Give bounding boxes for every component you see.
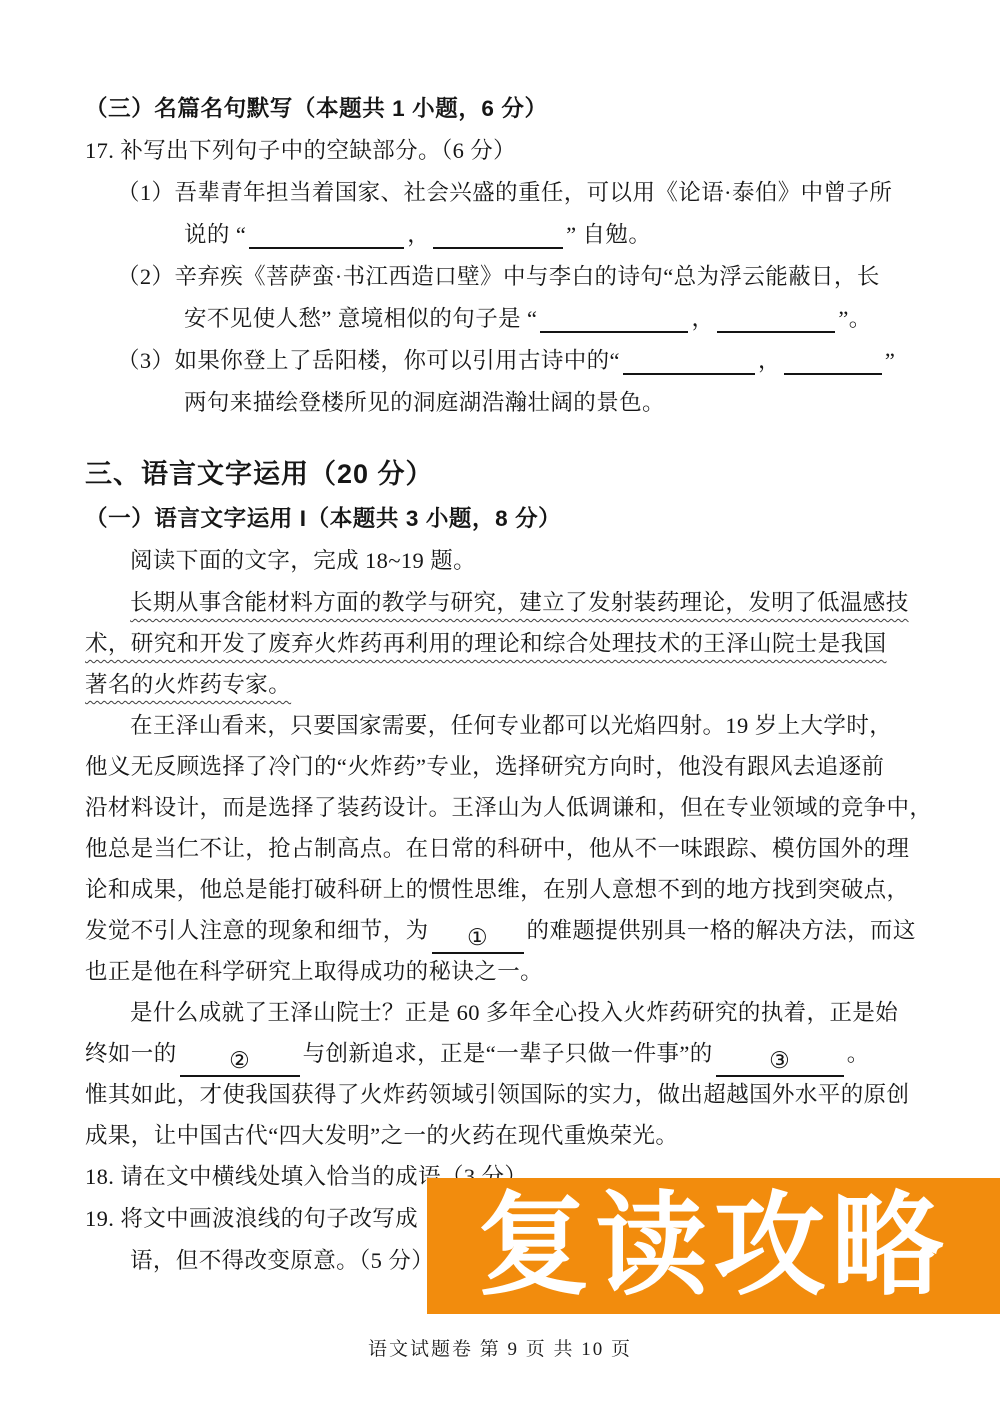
q17-stem: 17. 补写出下列句子中的空缺部分。（6 分） xyxy=(85,130,935,172)
text-run: 术，研究和开发了废弃火炸药再利用的理论和综合处理技术的王泽山院士是我国 xyxy=(85,631,887,656)
passage-p2-line5: 论和成果，他总是能打破科研上的惯性思维，在别人意想不到的地方找到突破点， xyxy=(85,869,935,910)
text-run: 17. 补写出下列句子中的空缺部分。（6 分） xyxy=(85,138,516,163)
text-run: 长期从事含能材料方面的教学与研究，建立了发射装药理论，发明了低温感技 xyxy=(130,590,909,615)
text-run: 沿材料设计，而是选择了装药设计。王泽山为人低调谦和，但在专业领域的竞争中， xyxy=(85,795,932,820)
text-run: （一）语言文字运用 I（本题共 3 小题，8 分） xyxy=(85,506,561,531)
text-run: 的难题提供别具一格的解决方法，而这 xyxy=(527,918,916,943)
section-c-heading: （三）名篇名句默写（本题共 1 小题，6 分） xyxy=(85,88,935,130)
text-run: 说的 “ xyxy=(184,222,246,247)
text-run: ， xyxy=(407,222,430,247)
answer-blank-numbered: ② xyxy=(180,1045,300,1077)
q17-item1-line2: 说的 “，” 自勉。 xyxy=(85,214,935,256)
text-run: 安不见使人愁” 意境相似的句子是 “ xyxy=(184,306,537,331)
passage-p1-line1: 长期从事含能材料方面的教学与研究，建立了发射装药理论，发明了低温感技 xyxy=(85,582,935,623)
text-run: 他总是当仁不让，抢占制高点。在日常的科研中，他从不一味跟踪、模仿国外的理 xyxy=(85,836,909,861)
text-run: ” xyxy=(885,348,895,373)
text-run: 与创新追求，正是“一辈子只做一件事”的 xyxy=(303,1041,713,1066)
text-run: 他义无反顾选择了冷门的“火炸药”专业，选择研究方向时，他没有跟风去追逐前 xyxy=(85,754,884,779)
answer-blank-numbered: ① xyxy=(432,922,524,954)
section-3-heading: 三、语言文字运用（20 分） xyxy=(85,450,935,498)
q17-item3-line2: 两句来描绘登楼所见的洞庭湖浩瀚壮阔的景色。 xyxy=(85,382,935,424)
answer-blank xyxy=(784,343,882,375)
passage-p1-line2: 术，研究和开发了废弃火炸药再利用的理论和综合处理技术的王泽山院士是我国 xyxy=(85,623,935,664)
text-run: 著名的火炸药专家。 xyxy=(85,672,291,697)
text-run: 阅读下面的文字，完成 18~19 题。 xyxy=(130,548,476,573)
text-run: 语，但不得改变原意。（5 分） xyxy=(130,1248,434,1273)
passage-p3-line3: 惟其如此，才使我国获得了火炸药领域引领国际的实力，做出超越国外水平的原创 xyxy=(85,1074,935,1115)
text-run: 成果，让中国古代“四大发明”之一的火药在现代重焕荣光。 xyxy=(85,1123,678,1148)
answer-blank xyxy=(717,301,835,333)
passage-intro: 阅读下面的文字，完成 18~19 题。 xyxy=(85,540,935,582)
passage-p2-line2: 他义无反顾选择了冷门的“火炸药”专业，选择研究方向时，他没有跟风去追逐前 xyxy=(85,746,935,787)
text-run: ， xyxy=(691,306,714,331)
text-run: ， xyxy=(758,348,781,373)
exam-page: （三）名篇名句默写（本题共 1 小题，6 分）17. 补写出下列句子中的空缺部分… xyxy=(0,0,1000,1412)
text-run: （三）名篇名句默写（本题共 1 小题，6 分） xyxy=(85,96,548,121)
text-run: 终如一的 xyxy=(85,1041,177,1066)
section-3-1-heading: （一）语言文字运用 I（本题共 3 小题，8 分） xyxy=(85,498,935,540)
answer-blank xyxy=(540,301,688,333)
watermark-banner: 复读攻略 xyxy=(427,1178,1000,1314)
q17-item3-line1: （3）如果你登上了岳阳楼，你可以引用古诗中的“，” xyxy=(85,340,935,382)
answer-blank-numbered: ③ xyxy=(716,1045,844,1077)
passage-p2-line1: 在王泽山看来，只要国家需要，任何专业都可以光焰四射。19 岁上大学时， xyxy=(85,705,935,746)
q17-item2-line2: 安不见使人愁” 意境相似的句子是 “，”。 xyxy=(85,298,935,340)
text-run: 两句来描绘登楼所见的洞庭湖浩瀚壮阔的景色。 xyxy=(184,390,665,415)
q17-item1-line1: （1）吾辈青年担当着国家、社会兴盛的重任，可以用《论语·泰伯》中曾子所 xyxy=(85,172,935,214)
text-run: 发觉不引人注意的现象和细节，为 xyxy=(85,918,429,943)
q17-item2-line1: （2）辛弃疾《菩萨蛮·书江西造口壁》中与李白的诗句“总为浮云能蔽日，长 xyxy=(85,256,935,298)
text-run: 也正是他在科学研究上取得成功的秘诀之一。 xyxy=(85,959,543,984)
passage-p3-line4: 成果，让中国古代“四大发明”之一的火药在现代重焕荣光。 xyxy=(85,1115,935,1156)
text-run: 惟其如此，才使我国获得了火炸药领域引领国际的实力，做出超越国外水平的原创 xyxy=(85,1082,909,1107)
text-run: 在王泽山看来，只要国家需要，任何专业都可以光焰四射。19 岁上大学时， xyxy=(130,713,892,738)
text-run: （2）辛弃疾《菩萨蛮·书江西造口壁》中与李白的诗句“总为浮云能蔽日，长 xyxy=(117,264,880,289)
passage-p1-line3: 著名的火炸药专家。 xyxy=(85,664,935,705)
answer-blank xyxy=(249,217,404,249)
text-run: 三、语言文字运用（20 分） xyxy=(85,459,434,489)
page-footer: 语文试题卷 第 9 页 共 10 页 xyxy=(0,1334,1000,1361)
watermark-text: 复读攻略 xyxy=(478,1190,950,1302)
passage-p3-line1: 是什么成就了王泽山院士？正是 60 多年全心投入火炸药研究的执着，正是始 xyxy=(85,992,935,1033)
content: （三）名篇名句默写（本题共 1 小题，6 分）17. 补写出下列句子中的空缺部分… xyxy=(85,88,935,1282)
text-run: （3）如果你登上了岳阳楼，你可以引用古诗中的“ xyxy=(117,348,620,373)
answer-blank xyxy=(623,343,755,375)
footer-text: 语文试题卷 第 9 页 共 10 页 xyxy=(368,1339,632,1360)
passage-p2-line6: 发觉不引人注意的现象和细节，为①的难题提供别具一格的解决方法，而这 xyxy=(85,910,935,951)
passage-p3-line2: 终如一的②与创新追求，正是“一辈子只做一件事”的③。 xyxy=(85,1033,935,1074)
passage-p2-line4: 他总是当仁不让，抢占制高点。在日常的科研中，他从不一味跟踪、模仿国外的理 xyxy=(85,828,935,869)
passage-p2-line7: 也正是他在科学研究上取得成功的秘诀之一。 xyxy=(85,951,935,992)
text-run: 19. 将文中画波浪线的句子改写成 xyxy=(85,1206,418,1231)
text-run: 是什么成就了王泽山院士？正是 60 多年全心投入火炸药研究的执着，正是始 xyxy=(130,1000,898,1025)
text-run: （1）吾辈青年担当着国家、社会兴盛的重任，可以用《论语·泰伯》中曾子所 xyxy=(117,180,892,205)
text-run: 论和成果，他总是能打破科研上的惯性思维，在别人意想不到的地方找到突破点， xyxy=(85,877,909,902)
text-run: ” 自勉。 xyxy=(566,222,651,247)
text-run: 。 xyxy=(847,1041,870,1066)
answer-blank xyxy=(433,217,563,249)
text-run: ”。 xyxy=(838,306,871,331)
passage-p2-line3: 沿材料设计，而是选择了装药设计。王泽山为人低调谦和，但在专业领域的竞争中， xyxy=(85,787,935,828)
